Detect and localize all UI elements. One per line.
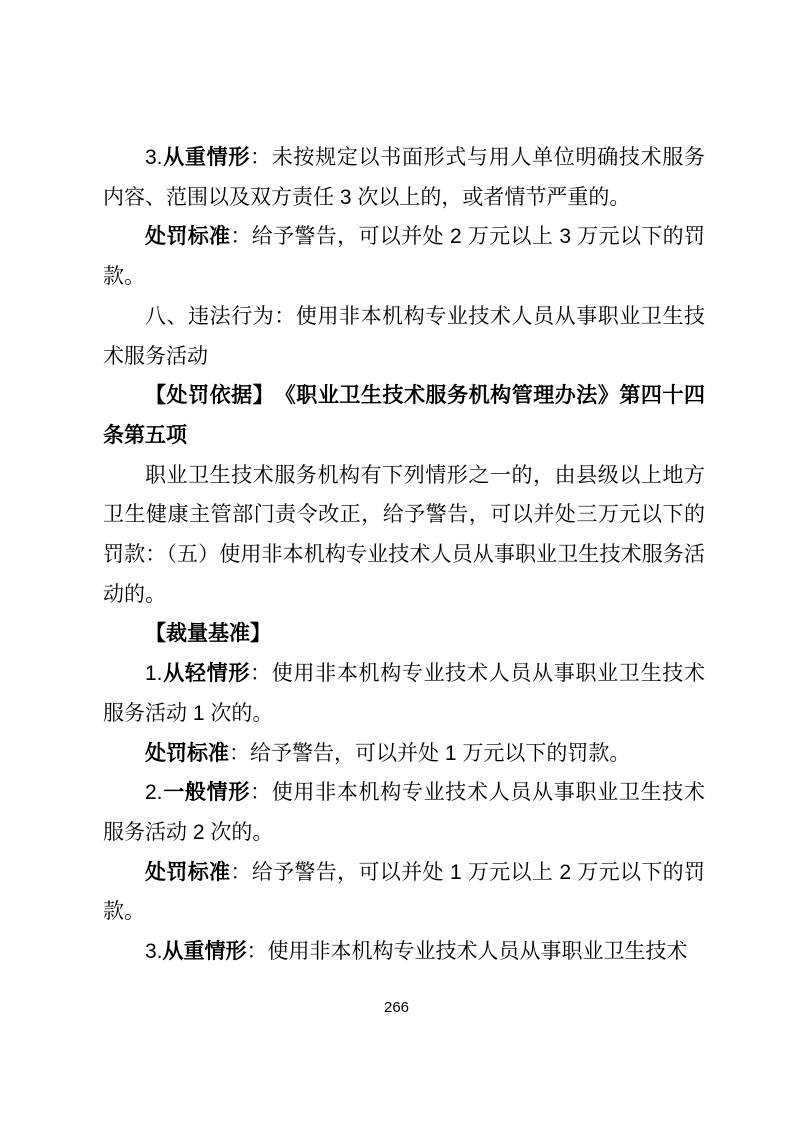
bold-text-run: 处罚标准	[145, 225, 230, 248]
text-run: 3.	[145, 940, 163, 963]
document-body: 3.从重情形：未按规定以书面形式与用人单位明确技术服务内容、范围以及双方责任 3…	[103, 138, 705, 972]
document-page: 3.从重情形：未按规定以书面形式与用人单位明确技术服务内容、范围以及双方责任 3…	[0, 0, 793, 1122]
bold-text-run: 处罚标准	[145, 742, 229, 765]
paragraph: 处罚标准：给予警告，可以并处 1 万元以上 2 万元以下的罚款。	[103, 853, 705, 932]
page-number: 266	[0, 998, 793, 1018]
text-run: 2.	[145, 781, 163, 804]
paragraph: 1.从轻情形：使用非本机构专业技术人员从事职业卫生技术服务活动 1 次的。	[103, 654, 705, 733]
bold-text-run: 【裁量基准】	[145, 622, 271, 645]
text-run: 职业卫生技术服务机构有下列情形之一的，由县级以上地方卫生健康主管部门责令改正，给…	[103, 464, 705, 606]
bold-text-run: 从轻情形	[163, 662, 251, 685]
paragraph: 处罚标准：给予警告，可以并处 1 万元以下的罚款。	[103, 734, 705, 774]
paragraph: 【处罚依据】 《职业卫生技术服务机构管理办法》第四十四条第五项	[103, 376, 705, 455]
bold-text-run: 从重情形	[163, 146, 251, 169]
text-run: ：使用非本机构专业技术人员从事职业卫生技术	[247, 940, 688, 963]
paragraph: 2.一般情形：使用非本机构专业技术人员从事职业卫生技术服务活动 2 次的。	[103, 773, 705, 852]
text-run: 3.	[145, 146, 163, 169]
text-run: 八、违法行为：使用非本机构专业技术人员从事职业卫生技术服务活动	[103, 305, 705, 368]
paragraph: 八、违法行为：使用非本机构专业技术人员从事职业卫生技术服务活动	[103, 297, 705, 376]
bold-text-run: 【处罚依据】 《职业卫生技术服务机构管理办法》第四十四条第五项	[103, 384, 705, 447]
text-run: ：给予警告，可以并处 1 万元以下的罚款。	[229, 742, 630, 765]
paragraph: 3.从重情形：未按规定以书面形式与用人单位明确技术服务内容、范围以及双方责任 3…	[103, 138, 705, 217]
paragraph: 职业卫生技术服务机构有下列情形之一的，由县级以上地方卫生健康主管部门责令改正，给…	[103, 456, 705, 615]
paragraph: 【裁量基准】	[103, 614, 705, 654]
paragraph: 处罚标准：给予警告，可以并处 2 万元以上 3 万元以下的罚款。	[103, 217, 705, 296]
paragraph: 3.从重情形：使用非本机构专业技术人员从事职业卫生技术	[103, 932, 705, 972]
bold-text-run: 从重情形	[163, 940, 247, 963]
text-run: 1.	[145, 662, 163, 685]
bold-text-run: 处罚标准	[145, 861, 230, 884]
bold-text-run: 一般情形	[163, 781, 251, 804]
